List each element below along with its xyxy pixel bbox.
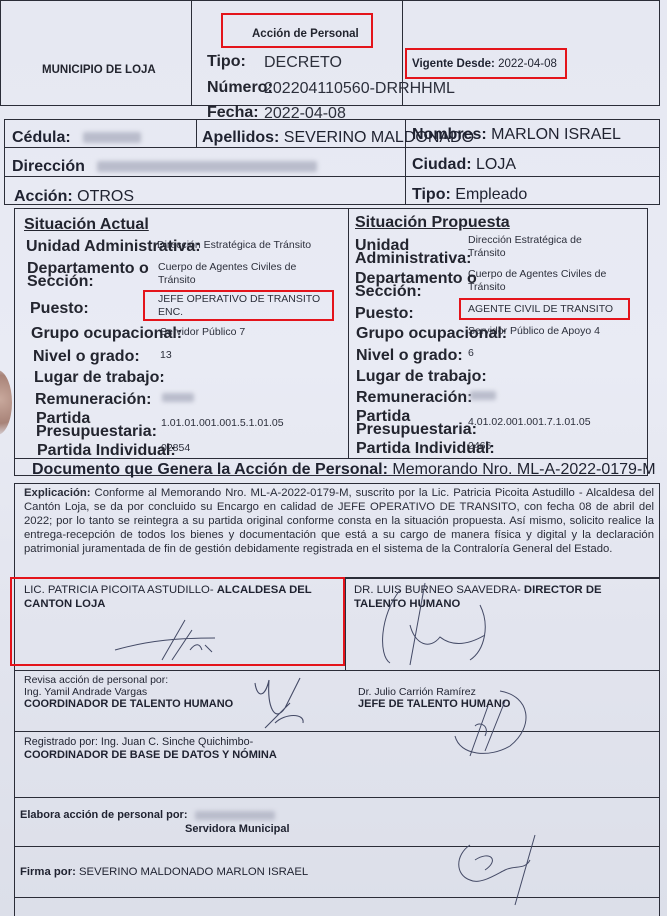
actual-lugar-label: Lugar de trabajo: — [34, 369, 165, 387]
cedula-redacted — [83, 132, 141, 143]
nombres-label: Nombres: — [412, 126, 487, 143]
firma-row: Firma por: SEVERINO MALDONADO MARLON ISR… — [20, 866, 308, 878]
actual-partida-label-2: Presupuestaria: — [36, 423, 157, 441]
documento-row: Documento que Genera la Acción de Person… — [32, 461, 656, 479]
tipo-empleado-label: Tipo: — [412, 186, 451, 203]
firma-label: Firma por: — [20, 866, 76, 878]
cedula-label: Cédula: — [12, 129, 71, 146]
propuesta-lugar-value: . — [468, 367, 471, 379]
propuesta-unidad-value-1: Dirección Estratégica de — [468, 234, 582, 246]
propuesta-remuneracion-label: Remuneración: — [356, 389, 472, 407]
actual-depto-value-1: Cuerpo de Agentes Civiles de — [158, 261, 296, 273]
propuesta-unidad-label-2: Administrativa: — [355, 250, 471, 268]
divider — [345, 578, 346, 670]
highlight-alcaldesa — [10, 577, 345, 666]
director-signature — [370, 575, 520, 670]
cedula-row: Cédula: — [12, 129, 141, 147]
elabora-role: Servidora Municipal — [20, 822, 290, 836]
accion-row: Acción: OTROS — [14, 188, 134, 206]
registrado-role: COORDINADOR DE BASE DE DATOS Y NÓMINA — [24, 749, 277, 762]
direccion-row: Dirección — [12, 158, 317, 176]
firma-value: SEVERINO MALDONADO MARLON ISRAEL — [79, 866, 308, 878]
divider — [196, 119, 197, 147]
divider — [14, 846, 660, 847]
explicacion-text: Conforme al Memorando Nro. ML-A-2022-017… — [24, 487, 654, 555]
actual-nivel-label: Nivel o grado: — [33, 348, 140, 366]
actual-individual-label: Partida Individual: — [37, 442, 176, 460]
actual-depto-value-2: Tránsito — [158, 274, 196, 286]
actual-unidad-value: Dirección Estratégica de Tránsito — [157, 239, 311, 251]
actual-remuneracion-label: Remuneración: — [35, 391, 151, 409]
ciudad-row: Ciudad: LOJA — [412, 156, 516, 174]
elabora-block: Elabora acción de personal por: Servidor… — [20, 808, 290, 836]
finger — [0, 370, 12, 435]
revisa-signature — [245, 668, 315, 738]
direccion-redacted — [97, 161, 317, 172]
actual-partida-value: 1.01.01.001.001.5.1.01.05 — [161, 417, 284, 429]
propuesta-unidad-value-2: Tránsito — [468, 247, 506, 259]
apellidos-label: Apellidos: — [202, 129, 279, 146]
propuesta-nivel-label: Nivel o grado: — [356, 347, 463, 365]
actual-depto-label-2: Sección: — [27, 273, 94, 291]
highlight-vigente — [405, 48, 567, 79]
accion-value: OTROS — [77, 188, 134, 205]
actual-puesto-label: Puesto: — [30, 300, 89, 318]
tipo-empleado-value: Empleado — [455, 186, 527, 203]
documento-value: Memorando Nro. ML-A-2022-0179-M — [392, 461, 655, 478]
divider — [4, 147, 660, 148]
propuesta-partida-value: 4.01.02.001.001.7.1.01.05 — [468, 416, 591, 428]
divider — [4, 176, 660, 177]
actual-grupo-value: Servidor Público 7 — [160, 326, 245, 338]
elabora-label: Elabora acción de personal por: — [20, 809, 188, 821]
propuesta-grupo-value: Servidor Público de Apoyo 4 — [468, 325, 600, 337]
propuesta-remuneracion-redacted — [470, 391, 496, 400]
highlight-doc-title — [221, 13, 373, 48]
documento-label: Documento que Genera la Acción de Person… — [32, 461, 388, 478]
divider — [14, 670, 660, 671]
divider — [14, 731, 660, 732]
situacion-propuesta-title: Situación Propuesta — [355, 214, 510, 232]
propuesta-partida-label-2: Presupuestaria: — [356, 421, 477, 439]
header-org-cell — [0, 0, 192, 106]
situacion-actual-title: Situación Actual — [24, 216, 149, 234]
accion-label: Acción: — [14, 188, 73, 205]
propuesta-nivel-value: 6 — [468, 347, 474, 359]
propuesta-individual-value: 2466 — [468, 440, 491, 452]
ciudad-label: Ciudad: — [412, 156, 472, 173]
elabora-name-redacted — [195, 811, 275, 820]
registrado-block: Registrado por: Ing. Juan C. Sinche Quic… — [24, 736, 277, 762]
tipo-value: DECRETO — [264, 54, 342, 72]
ciudad-value: LOJA — [476, 156, 516, 173]
divider — [348, 208, 349, 458]
propuesta-depto-label-2: Sección: — [355, 283, 422, 301]
nombres-row: Nombres: MARLON ISRAEL — [412, 126, 621, 144]
revisa-name: Ing. Yamil Andrade Vargas — [24, 686, 233, 698]
document-photo: MUNICIPIO DE LOJA Acción de Personal Tip… — [0, 0, 667, 916]
numero-label: Número: — [207, 79, 273, 97]
tipo-label: Tipo: — [207, 53, 246, 71]
propuesta-puesto-label: Puesto: — [355, 305, 414, 323]
revisa-block: Revisa acción de personal por: Ing. Yami… — [24, 674, 233, 710]
explicacion-label: Explicación: — [24, 487, 91, 499]
revisa-label: Revisa acción de personal por: — [24, 674, 233, 686]
registrado-label: Registrado por: Ing. Juan C. Sinche Quic… — [24, 736, 277, 749]
jefe-signature — [440, 686, 540, 761]
actual-lugar-value: . — [160, 368, 163, 380]
highlight-propuesta-puesto — [459, 298, 630, 320]
tipo-empleado-row: Tipo: Empleado — [412, 186, 527, 204]
propuesta-depto-value-2: Tránsito — [468, 281, 506, 293]
actual-individual-value: 02854 — [161, 442, 190, 454]
actual-nivel-value: 13 — [160, 349, 172, 361]
numero-value: 202204110560-DRRHHML — [264, 80, 455, 98]
employee-signature — [445, 830, 555, 910]
divider — [14, 897, 660, 898]
explicacion-text-block: Explicación: Conforme al Memorando Nro. … — [24, 486, 654, 556]
divider — [14, 797, 660, 798]
actual-remuneracion-redacted — [162, 393, 194, 402]
nombres-value: MARLON ISRAEL — [491, 126, 621, 143]
direccion-label: Dirección — [12, 158, 85, 175]
highlight-actual-puesto — [143, 290, 334, 321]
propuesta-depto-value-1: Cuerpo de Agentes Civiles de — [468, 268, 606, 280]
organization-name: MUNICIPIO DE LOJA — [42, 64, 156, 76]
revisa-role: COORDINADOR DE TALENTO HUMANO — [24, 698, 233, 710]
